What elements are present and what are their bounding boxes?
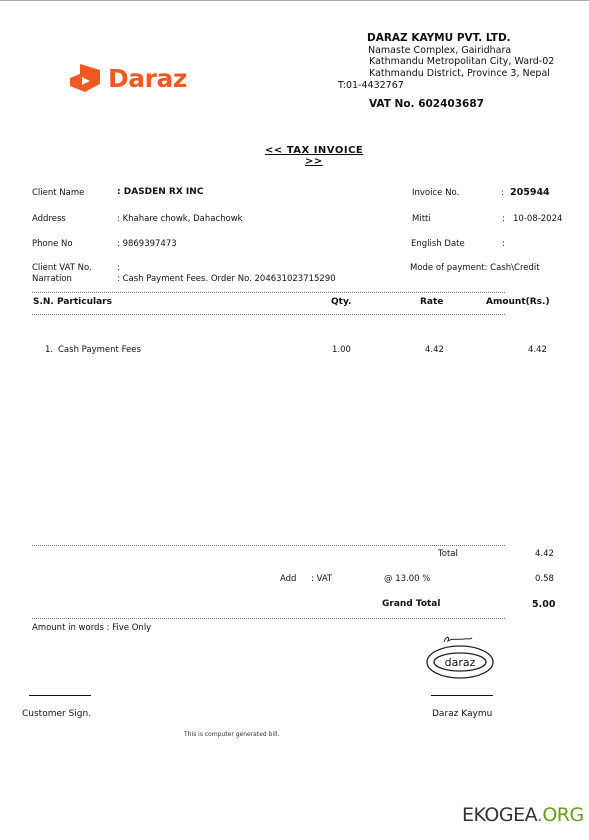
table-header-divider — [32, 314, 505, 315]
totals-divider — [32, 618, 505, 619]
invoice-number-value: 205944 — [510, 187, 550, 198]
row-sn: 1. — [45, 345, 53, 355]
header-amount: Amount(Rs.) — [486, 297, 550, 307]
ekogea-watermark: EKOGEA.ORG — [462, 804, 584, 826]
invoice-title: << TAX INVOICE — [265, 145, 363, 156]
company-vat-number: VAT No. 602403687 — [369, 98, 484, 110]
add-label: Add — [280, 574, 296, 584]
company-stamp-icon: daraz — [424, 632, 496, 682]
grand-total-value: 5.00 — [532, 599, 555, 610]
english-date-separator: : — [502, 239, 505, 249]
vat-rate: @ 13.00 % — [384, 574, 430, 584]
header-sn-particulars: S.N. Particulars — [33, 297, 112, 307]
row-amount: 4.42 — [528, 345, 547, 355]
client-name-value: : DASDEN RX INC — [117, 187, 203, 197]
header-rate: Rate — [420, 297, 443, 307]
svg-text:daraz: daraz — [445, 656, 476, 669]
narration-label: Narration — [32, 274, 72, 284]
vat-value: 0.58 — [535, 574, 554, 584]
table-top-divider — [32, 292, 505, 293]
watermark-main: EKOGEA — [462, 804, 537, 826]
computer-generated-note: This is computer generated bill. — [184, 731, 279, 738]
grand-total-label: Grand Total — [382, 599, 440, 609]
client-address-label: Address — [32, 214, 66, 224]
company-signature-label: Daraz Kaymu — [432, 709, 492, 719]
english-date-label: English Date — [411, 239, 465, 249]
invoice-number-separator: : — [501, 188, 504, 198]
company-address-line-1: Namaste Complex, Gairidhara — [368, 45, 511, 57]
customer-signature-line — [29, 695, 91, 696]
mitti-separator: : — [502, 214, 505, 224]
daraz-box-icon — [68, 62, 102, 94]
payment-mode: Mode of payment: Cash\Credit — [410, 263, 540, 273]
vat-label: : VAT — [311, 574, 332, 584]
client-name-label: Client Name — [32, 188, 84, 198]
mitti-label: Mitti — [412, 214, 431, 224]
row-qty: 1.00 — [332, 345, 351, 355]
company-address-line-2: Kathmandu Metropolitan City, Ward-02 — [369, 56, 554, 68]
watermark-suffix: .ORG — [537, 804, 584, 826]
total-label: Total — [438, 549, 458, 559]
narration-value: : Cash Payment Fees. Order No. 204631023… — [117, 274, 336, 284]
company-phone: T:01-4432767 — [338, 80, 404, 92]
row-particular: Cash Payment Fees — [58, 345, 141, 355]
amount-in-words: Amount in words : Five Only — [32, 623, 151, 633]
company-address-line-3: Kathmandu District, Province 3, Nepal — [369, 68, 550, 80]
invoice-number-label: Invoice No. — [412, 188, 459, 198]
header-qty: Qty. — [331, 297, 351, 307]
row-rate: 4.42 — [425, 345, 444, 355]
top-border — [0, 0, 589, 1]
company-signature-line — [431, 695, 493, 696]
table-bottom-divider — [32, 545, 505, 546]
invoice-title-close: >> — [305, 156, 323, 167]
client-vat-value: : — [117, 263, 120, 273]
client-phone-value: : 9869397473 — [117, 239, 177, 249]
customer-signature-label: Customer Sign. — [22, 709, 91, 719]
client-phone-label: Phone No — [32, 239, 73, 249]
logo-text: Daraz — [108, 66, 187, 91]
daraz-logo: Daraz — [68, 62, 187, 94]
client-vat-label: Client VAT No. — [32, 263, 92, 273]
total-value: 4.42 — [535, 549, 554, 559]
client-address-value: : Khahare chowk, Dahachowk — [117, 214, 243, 224]
mitti-value: 10-08-2024 — [513, 214, 562, 224]
company-name: DARAZ KAYMU PVT. LTD. — [367, 32, 511, 44]
